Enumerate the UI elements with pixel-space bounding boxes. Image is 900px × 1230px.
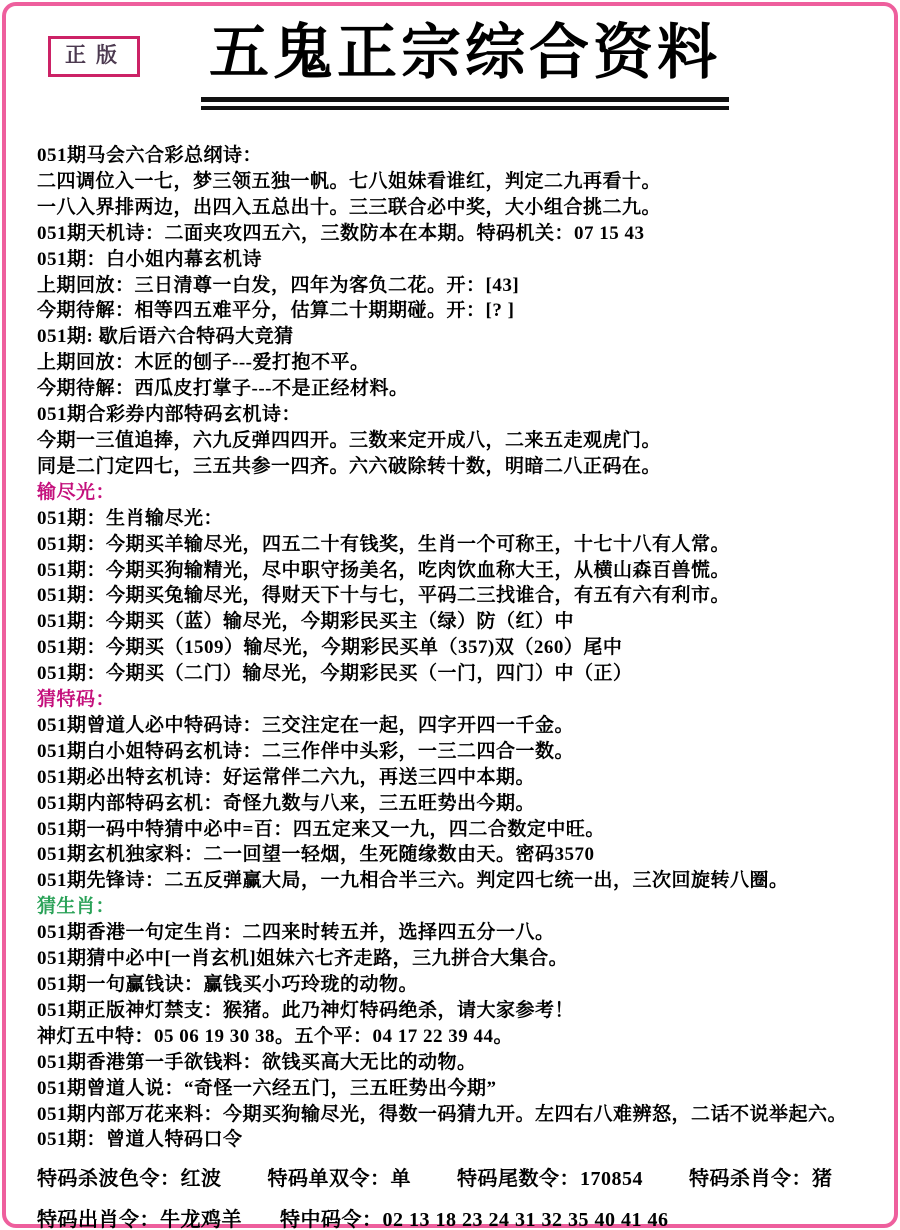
text-line: 051期正版神灯禁支：猴猪。此乃神灯特码绝杀，请大家参考！ [37, 998, 888, 1024]
text-line: 二四调位入一七，梦三领五独一帆。七八姐妹看谁红，判定二九再看十。 [37, 169, 888, 195]
text-line: 051期马会六合彩总纲诗： [37, 143, 888, 169]
text-line: 051期玄机独家料：二一回望一轻烟，生死随缘数由天。密码3570 [37, 842, 888, 868]
text-line: 051期：白小姐内幕玄机诗 [37, 247, 888, 273]
text-line: 今期待解：相等四五难平分，估算二十期期碰。开：[? ] [37, 298, 888, 324]
text-line: 051期天机诗：二面夹攻四五六，三数防本在本期。特码机关：07 15 43 [37, 221, 888, 247]
text-line: 051期内部万花来料：今期买狗输尽光，得数一码猜九开。左四右八难辨怒，二话不说举… [37, 1102, 888, 1128]
kill-wave-command: 特码杀波色令：红波 [37, 1162, 222, 1191]
text-line: 051期曾道人必中特码诗：三交注定在一起，四字开四一千金。 [37, 713, 888, 739]
text-line: 上期回放：三日清尊一白发，四年为客负二花。开：[43] [37, 273, 888, 299]
content-body: 051期马会六合彩总纲诗： 二四调位入一七，梦三领五独一帆。七八姐妹看谁红，判定… [37, 143, 888, 1230]
page-title: 五鬼正宗综合资料 [201, 16, 729, 102]
text-line: 051期：今期买羊输尽光，四五二十有钱奖，生肖一个可称王，十七十八有人常。 [37, 532, 888, 558]
text-line: 051期内部特码玄机：奇怪九数与八来，三五旺势出今期。 [37, 791, 888, 817]
text-line: 051期：今期买（1509）输尽光，今期彩民买单（357)双（260）尾中 [37, 635, 888, 661]
text-line: 051期猜中必中[一肖玄机]姐妹六七齐走路，三九拼合大集合。 [37, 946, 888, 972]
page-header: 正版 五鬼正宗综合资料 [0, 0, 900, 130]
section-heading-shujinguang: 输尽光： [37, 480, 888, 506]
text-line: 一八入界排两边，出四入五总出十。三三联合必中奖，大小组合挑二九。 [37, 195, 888, 221]
text-line: 051期白小姐特码玄机诗：二三作伴中头彩，一三二四合一数。 [37, 739, 888, 765]
text-line: 051期香港第一手欲钱料：欲钱买高大无比的动物。 [37, 1050, 888, 1076]
text-line: 同是二门定四七，三五共参一四齐。六六破除转十数，明暗二八正码在。 [37, 454, 888, 480]
text-line: 051期：今期买（蓝）输尽光，今期彩民买主（绿）防（红）中 [37, 609, 888, 635]
text-line: 051期：今期买狗输精光，尽中职守扬美名，吃肉饮血称大王，从横山森百兽慌。 [37, 558, 888, 584]
out-zodiac-command: 特码出肖令：牛龙鸡羊 [37, 1203, 242, 1230]
text-line: 051期香港一句定生肖：二四来时转五并，选择四五分一八。 [37, 920, 888, 946]
title-wrap: 五鬼正宗综合资料 [150, 16, 780, 102]
text-line: 051期曾道人说：“奇怪一六经五门，三五旺势出今期” [37, 1076, 888, 1102]
text-line: 051期：曾道人特码口令 [37, 1127, 888, 1153]
text-line: 051期合彩券内部特码玄机诗： [37, 402, 888, 428]
special-numbers-command: 特中码令：02 13 18 23 24 31 32 35 40 41 46 [280, 1203, 669, 1230]
text-line: 051期: 歇后语六合特码大竞猜 [37, 324, 888, 350]
text-line: 上期回放：木匠的刨子---爱打抱不平。 [37, 350, 888, 376]
tail-number-command: 特码尾数令：170854 [457, 1162, 643, 1191]
text-line: 051期必出特玄机诗：好运常伴二六九，再送三四中本期。 [37, 765, 888, 791]
text-line: 051期：今期买兔输尽光，得财天下十与七，平码二三找谁合，有五有六有利市。 [37, 583, 888, 609]
text-line: 神灯五中特：05 06 19 30 38。五个平：04 17 22 39 44。 [37, 1024, 888, 1050]
odd-even-command: 特码单双令：单 [268, 1162, 412, 1191]
text-line: 051期先锋诗：二五反弹赢大局，一九相合半三六。判定四七统一出，三次回旋转八圈。 [37, 868, 888, 894]
section-heading-caitema: 猜特码： [37, 687, 888, 713]
authentic-badge: 正版 [48, 36, 140, 77]
text-line: 051期一句赢钱诀：赢钱买小巧玲珑的动物。 [37, 972, 888, 998]
text-line: 051期：生肖输尽光： [37, 506, 888, 532]
kill-zodiac-command: 特码杀肖令：猪 [689, 1162, 833, 1191]
section-heading-caishengxiao: 猜生肖： [37, 894, 888, 920]
footer-commands-row-2: 特码出肖令：牛龙鸡羊 特中码令：02 13 18 23 24 31 32 35 … [37, 1203, 888, 1230]
text-line: 今期待解：西瓜皮打掌子---不是正经材料。 [37, 376, 888, 402]
text-line: 今期一三值追捧，六九反弹四四开。三数来定开成八，二来五走观虎门。 [37, 428, 888, 454]
text-line: 051期：今期买（二门）输尽光，今期彩民买（一门，四门）中（正） [37, 661, 888, 687]
footer-commands-row-1: 特码杀波色令：红波 特码单双令：单 特码尾数令：170854 特码杀肖令：猪 [37, 1162, 888, 1191]
text-line: 051期一码中特猜中必中=百：四五定来又一九，四二合数定中旺。 [37, 817, 888, 843]
